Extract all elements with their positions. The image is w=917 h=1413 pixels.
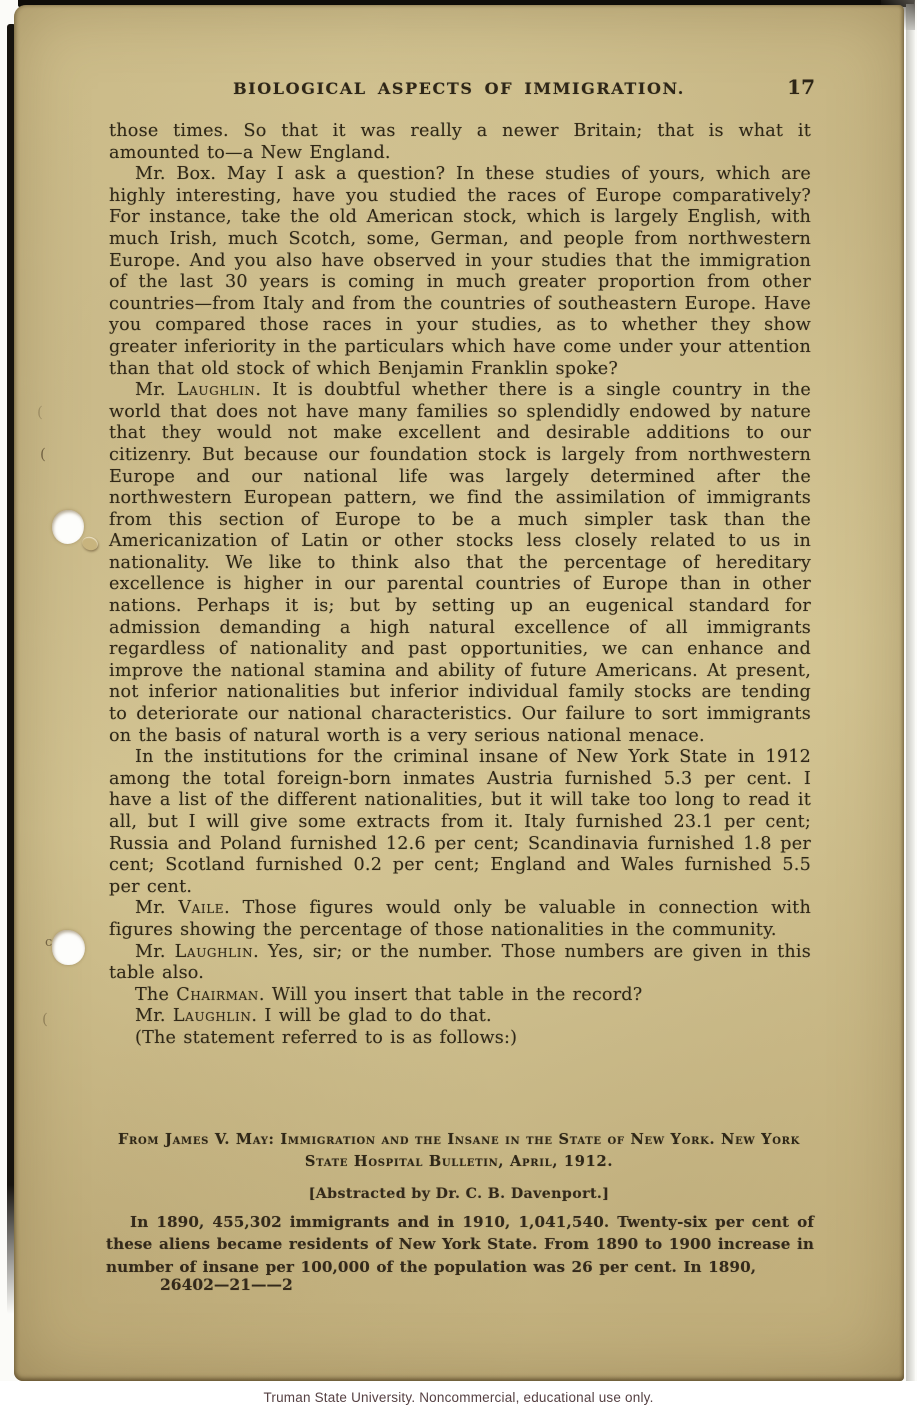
scan-footer-strip: Truman State University. Noncommercial, … [0, 1381, 917, 1413]
printer-signature-mark: 26402—21——2 [160, 1275, 293, 1294]
paragraph: those times. So that it was really a new… [109, 121, 811, 164]
page-title: BIOLOGICAL ASPECTS OF IMMIGRATION. [109, 79, 809, 98]
citation-heading: From James V. May: Immigration and the I… [94, 1129, 824, 1173]
paragraph: In the institutions for the criminal ins… [109, 747, 811, 898]
paper-sheet: BIOLOGICAL ASPECTS OF IMMIGRATION. 17 th… [14, 5, 904, 1381]
ink-smudge: ( [42, 1010, 48, 1028]
paragraph: Mr. Laughlin. Yes, sir; or the number. T… [109, 942, 811, 985]
paragraph: The Chairman. Will you insert that table… [109, 985, 811, 1007]
scan-edge-right [906, 4, 915, 1381]
page-number: 17 [787, 75, 815, 99]
scanned-document-page: BIOLOGICAL ASPECTS OF IMMIGRATION. 17 th… [0, 0, 917, 1413]
paragraph: Mr. Box. May I ask a question? In these … [109, 164, 811, 380]
ink-smudge: c [45, 935, 52, 950]
body-paragraphs: those times. So that it was really a new… [109, 121, 811, 1050]
hole-punch-chad [80, 535, 99, 553]
paragraph: Mr. Laughlin. It is doubtful whether the… [109, 380, 811, 747]
hole-punch-bottom [52, 930, 85, 965]
fine-print-paragraph: In 1890, 455,302 immigrants and in 1910,… [106, 1211, 814, 1278]
paragraph: Mr. Laughlin. I will be glad to do that. [109, 1006, 811, 1028]
paragraph: Mr. Vaile. Those figures would only be v… [109, 898, 811, 941]
running-header: BIOLOGICAL ASPECTS OF IMMIGRATION. 17 [109, 79, 809, 98]
ink-smudge: ( [37, 403, 43, 421]
footer-attribution: Truman State University. Noncommercial, … [263, 1390, 653, 1405]
hole-punch-top [52, 510, 84, 544]
paragraph: (The statement referred to is as follows… [109, 1028, 811, 1050]
abstract-note: [Abstracted by Dr. C. B. Davenport.] [109, 1186, 809, 1202]
ink-smudge: ( [40, 445, 46, 463]
